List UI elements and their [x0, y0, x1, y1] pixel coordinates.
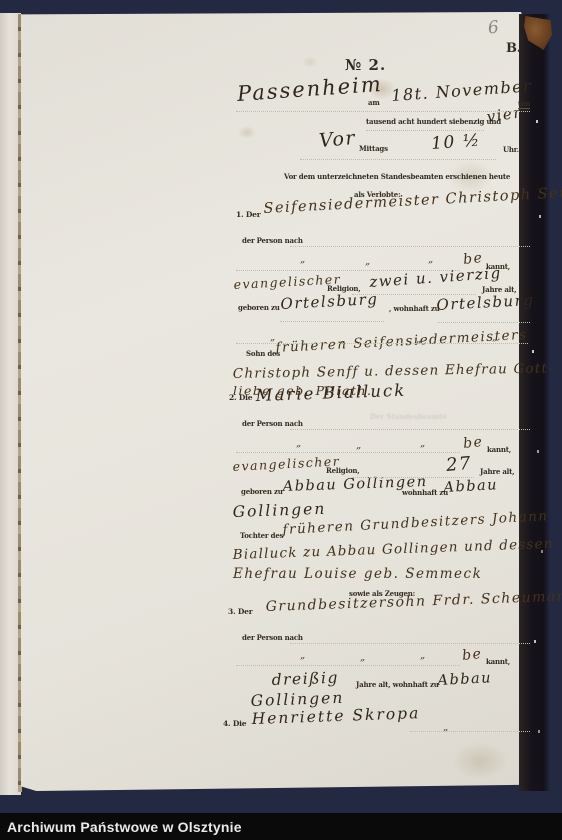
watermark-bar: Archiwum Państwowe w Olsztynie: [0, 813, 562, 840]
form-dotted-line: [236, 664, 460, 666]
bride-residence1-handwritten: Abbau: [443, 477, 498, 496]
ditto-mark: „: [300, 254, 305, 265]
ditto-mark: „: [296, 438, 301, 449]
form-dotted-line: [290, 245, 530, 247]
watermark-text: Archiwum Państwowe w Olsztynie: [0, 819, 242, 835]
foxing-stain: [302, 56, 318, 68]
form-dotted-line: [300, 158, 496, 160]
form-dotted-line: [236, 110, 530, 112]
foxing-stain: [452, 742, 508, 780]
bride-born-label: geboren zu: [241, 487, 283, 496]
groom-index-label: 1. Der: [236, 210, 260, 219]
bride-daughter-label: Tochter des: [240, 531, 283, 540]
bride-age-label: Jahre alt,: [480, 467, 514, 476]
ditto-mark: „: [356, 440, 361, 451]
form-dotted-line: [280, 320, 384, 322]
witness3-kannt-label: kannt,: [486, 657, 510, 666]
mittags-label: Mittags: [359, 144, 388, 153]
bride-parents-line3-handwritten: Ehefrau Louise geb. Semmeck: [233, 566, 482, 582]
form-dotted-line: [352, 476, 474, 478]
form-dotted-line: [290, 428, 530, 430]
witness3-residence1-handwritten: Abbau: [437, 670, 492, 689]
am-label: am: [368, 98, 380, 107]
witness3-be-handwritten: be: [461, 646, 483, 664]
pencil-folio-number: 6: [487, 17, 500, 38]
archival-scan: 6 B. № 2. Passenheim am 18t. November te…: [0, 0, 562, 840]
bride-religion-label: Religion,: [326, 466, 360, 475]
ditto-mark: „: [360, 652, 365, 663]
section-letter: B.: [506, 41, 521, 56]
witness3-age-label: Jahre alt, wohnhaft zu: [356, 680, 439, 689]
intro-line: Vor dem unterzeichneten Standesbeamten e…: [284, 172, 510, 181]
bride-be-handwritten: be: [462, 434, 484, 452]
bride-kannt-label: kannt,: [487, 445, 511, 454]
form-dotted-line: [236, 269, 460, 271]
bride-residence2-handwritten: Gollingen: [232, 500, 326, 521]
time-prefix-handwritten: Vor: [318, 127, 357, 152]
ditto-mark: „: [420, 438, 425, 449]
form-dotted-line: [366, 129, 484, 131]
groom-person-nach-label: der Person nach: [242, 236, 303, 245]
witness3-person-nach-label: der Person nach: [242, 633, 303, 642]
bleedthrough-text: Der Standesbeamte: [370, 412, 447, 421]
groom-born-label: geboren zu: [238, 303, 280, 312]
bride-resides-label: wohnhaft zu: [402, 488, 448, 497]
ditto-mark: „: [420, 650, 425, 661]
form-dotted-line: [290, 642, 530, 644]
ditto-mark: „: [300, 650, 305, 661]
time-handwritten: 10 ½: [431, 131, 482, 154]
form-dotted-line: [236, 342, 528, 344]
form-dotted-line: [437, 321, 530, 323]
book-block-edge: [519, 14, 550, 791]
form-dotted-line: [410, 730, 530, 732]
bride-age-handwritten: 27: [445, 453, 473, 476]
uhr-label: Uhr.: [503, 145, 519, 154]
foxing-stain: [238, 126, 256, 139]
ditto-mark: „: [365, 256, 370, 267]
witness4-index-label: 4. Die: [223, 719, 246, 728]
bride-person-nach-label: der Person nach: [242, 419, 303, 428]
groom-resides-label: , wohnhaft zu: [389, 304, 440, 313]
edge-specks: [536, 120, 538, 123]
witness3-index-label: 3. Der: [228, 607, 252, 616]
ditto-mark: „: [428, 254, 433, 265]
form-dotted-line: [236, 451, 460, 453]
bride-index-label: 2. Die: [229, 393, 252, 402]
year-printed-label: tausend acht hundert siebenzig und: [366, 117, 501, 126]
witness3-age-handwritten: dreißig: [271, 669, 339, 689]
form-dotted-line: [352, 293, 476, 295]
